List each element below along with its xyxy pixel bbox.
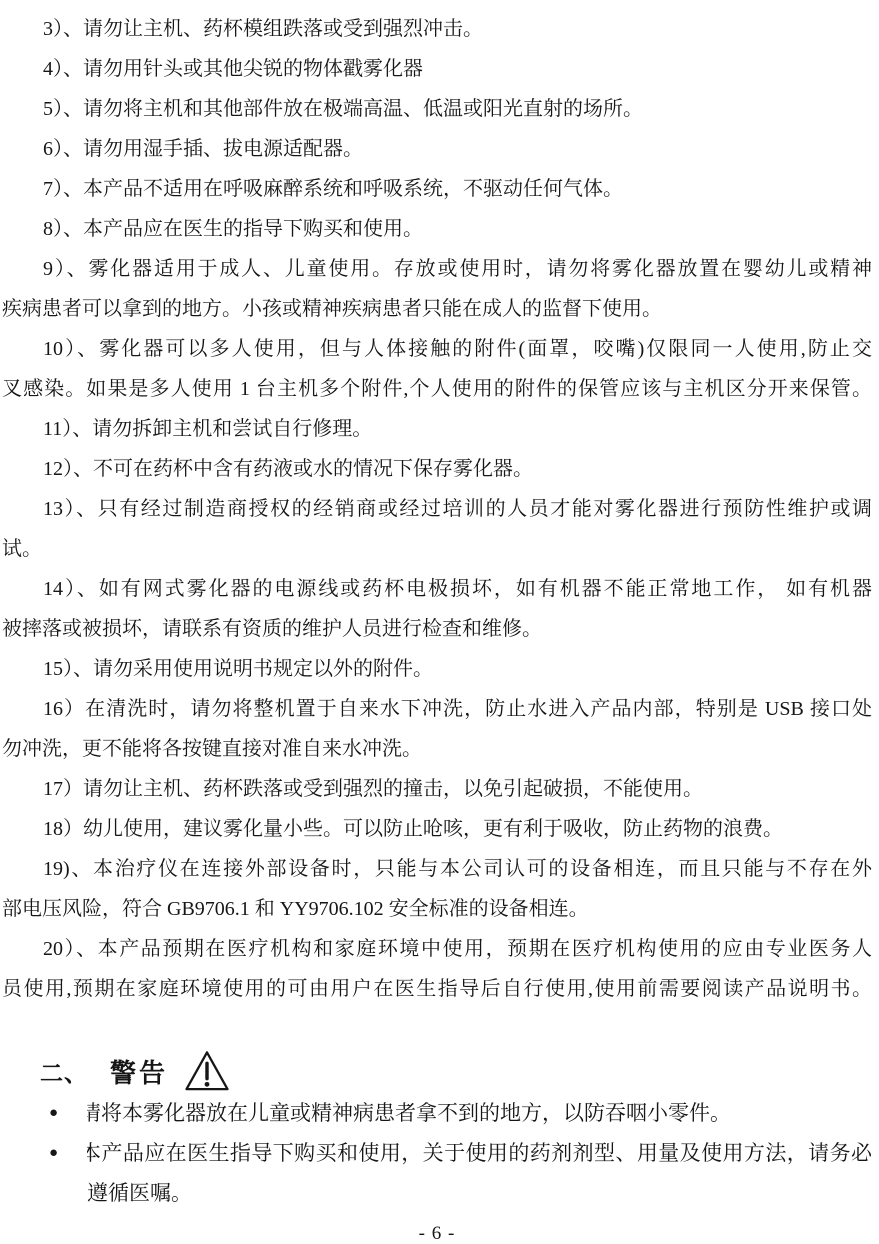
text-line: 17）请勿让主机、药杯跌落或受到强烈的撞击，以免引起破损，不能使用。 [2, 769, 872, 809]
precaution-item: 11）、请勿拆卸主机和尝试自行修理。 [2, 409, 872, 449]
precaution-item: 14）、如有网式雾化器的电源线或药杯电极损坏，如有机器不能正常地工作， 如有机器… [2, 569, 872, 649]
text-line: 15）、请勿采用使用说明书规定以外的附件。 [2, 649, 872, 689]
text-line: 遵循医嘱。 [87, 1173, 872, 1213]
bullet-dot-icon: ● [49, 1133, 58, 1173]
text-line: 16）在清洗时，请勿将整机置于自来水下冲洗，防止水进入产品内部，特别是 USB … [2, 689, 872, 729]
text-line: 20）、本产品预期在医疗机构和家庭环境中使用，预期在医疗机构使用的应由专业医务人 [2, 929, 872, 969]
precaution-item: 7）、本产品不适用在呼吸麻醉系统和呼吸系统，不驱动任何气体。 [2, 169, 872, 209]
text-line: 本产品应在医生指导下购买和使用，关于使用的药剂剂型、用量及使用方法，请务必 [87, 1133, 872, 1173]
text-line: 12）、不可在药杯中含有药液或水的情况下保存雾化器。 [2, 449, 872, 489]
warning-section-heading: 二、 警告 [2, 1049, 872, 1093]
warning-section-index: 二、 [40, 1055, 88, 1088]
warning-bullet-list: ●请将本雾化器放在儿童或精神病患者拿不到的地方，以防吞咽小零件。●本产品应在医生… [2, 1093, 872, 1213]
page-footer: - 6 - [2, 1221, 872, 1244]
warning-bullet-item: ●请将本雾化器放在儿童或精神病患者拿不到的地方，以防吞咽小零件。 [2, 1093, 872, 1133]
text-line: 请将本雾化器放在儿童或精神病患者拿不到的地方，以防吞咽小零件。 [87, 1093, 872, 1133]
precaution-item: 20）、本产品预期在医疗机构和家庭环境中使用，预期在医疗机构使用的应由专业医务人… [2, 929, 872, 1009]
text-line: 4）、请勿用针头或其他尖锐的物体戳雾化器 [2, 49, 872, 89]
text-line: 8）、本产品应在医生的指导下购买和使用。 [2, 209, 872, 249]
text-line: 勿冲洗，更不能将各按键直接对准自来水冲洗。 [2, 729, 872, 769]
text-line: 11）、请勿拆卸主机和尝试自行修理。 [2, 409, 872, 449]
precaution-item: 6）、请勿用湿手插、拔电源适配器。 [2, 129, 872, 169]
precaution-item: 8）、本产品应在医生的指导下购买和使用。 [2, 209, 872, 249]
precaution-item: 18）幼儿使用，建议雾化量小些。可以防止呛咳，更有利于吸收，防止药物的浪费。 [2, 809, 872, 849]
warning-section-title: 警告 [110, 1053, 168, 1090]
text-line: 19)、本治疗仪在连接外部设备时，只能与本公司认可的设备相连，而且只能与不存在外 [2, 849, 872, 889]
text-line: 试。 [2, 529, 872, 569]
precaution-item: 5）、请勿将主机和其他部件放在极端高温、低温或阳光直射的场所。 [2, 89, 872, 129]
precaution-item: 9）、雾化器适用于成人、儿童使用。存放或使用时，请勿将雾化器放置在婴幼儿或精神疾… [2, 249, 872, 329]
precaution-item: 13）、只有经过制造商授权的经销商或经过培训的人员才能对雾化器进行预防性维护或调… [2, 489, 872, 569]
text-line: 员使用,预期在家庭环境使用的可由用户在医生指导后自行使用,使用前需要阅读产品说明… [2, 969, 872, 1009]
precaution-item: 10）、雾化器可以多人使用，但与人体接触的附件(面罩，咬嘴)仅限同一人使用,防止… [2, 329, 872, 409]
text-line: 被摔落或被损坏，请联系有资质的维护人员进行检查和维修。 [2, 609, 872, 649]
warning-triangle-icon [184, 1050, 230, 1092]
text-line: 14）、如有网式雾化器的电源线或药杯电极损坏，如有机器不能正常地工作， 如有机器 [2, 569, 872, 609]
text-line: 13）、只有经过制造商授权的经销商或经过培训的人员才能对雾化器进行预防性维护或调 [2, 489, 872, 529]
text-line: 3）、请勿让主机、药杯模组跌落或受到强烈冲击。 [2, 9, 872, 49]
text-line: 叉感染。如果是多人使用 1 台主机多个附件,个人使用的附件的保管应该与主机区分开… [2, 369, 872, 409]
precaution-item: 19)、本治疗仪在连接外部设备时，只能与本公司认可的设备相连，而且只能与不存在外… [2, 849, 872, 929]
text-line: 6）、请勿用湿手插、拔电源适配器。 [2, 129, 872, 169]
text-line: 7）、本产品不适用在呼吸麻醉系统和呼吸系统，不驱动任何气体。 [2, 169, 872, 209]
text-line: 10）、雾化器可以多人使用，但与人体接触的附件(面罩，咬嘴)仅限同一人使用,防止… [2, 329, 872, 369]
text-line: 疾病患者可以拿到的地方。小孩或精神疾病患者只能在成人的监督下使用。 [2, 289, 872, 329]
manual-page: 3）、请勿让主机、药杯模组跌落或受到强烈冲击。4）、请勿用针头或其他尖锐的物体戳… [0, 0, 879, 1244]
precaution-item: 15）、请勿采用使用说明书规定以外的附件。 [2, 649, 872, 689]
text-line: 18）幼儿使用，建议雾化量小些。可以防止呛咳，更有利于吸收，防止药物的浪费。 [2, 809, 872, 849]
precaution-item: 17）请勿让主机、药杯跌落或受到强烈的撞击，以免引起破损，不能使用。 [2, 769, 872, 809]
precautions-section: 3）、请勿让主机、药杯模组跌落或受到强烈冲击。4）、请勿用针头或其他尖锐的物体戳… [2, 9, 872, 1009]
bullet-dot-icon: ● [49, 1093, 58, 1133]
text-line: 部电压风险，符合 GB9706.1 和 YY9706.102 安全标准的设备相连… [2, 889, 872, 929]
precaution-item: 3）、请勿让主机、药杯模组跌落或受到强烈冲击。 [2, 9, 872, 49]
warning-bullet-item: ●本产品应在医生指导下购买和使用，关于使用的药剂剂型、用量及使用方法，请务必遵循… [2, 1133, 872, 1213]
page-number: - 6 - [419, 1223, 456, 1244]
precaution-item: 16）在清洗时，请勿将整机置于自来水下冲洗，防止水进入产品内部，特别是 USB … [2, 689, 872, 769]
precaution-item: 12）、不可在药杯中含有药液或水的情况下保存雾化器。 [2, 449, 872, 489]
text-line: 5）、请勿将主机和其他部件放在极端高温、低温或阳光直射的场所。 [2, 89, 872, 129]
text-line: 9）、雾化器适用于成人、儿童使用。存放或使用时，请勿将雾化器放置在婴幼儿或精神 [2, 249, 872, 289]
precaution-item: 4）、请勿用针头或其他尖锐的物体戳雾化器 [2, 49, 872, 89]
